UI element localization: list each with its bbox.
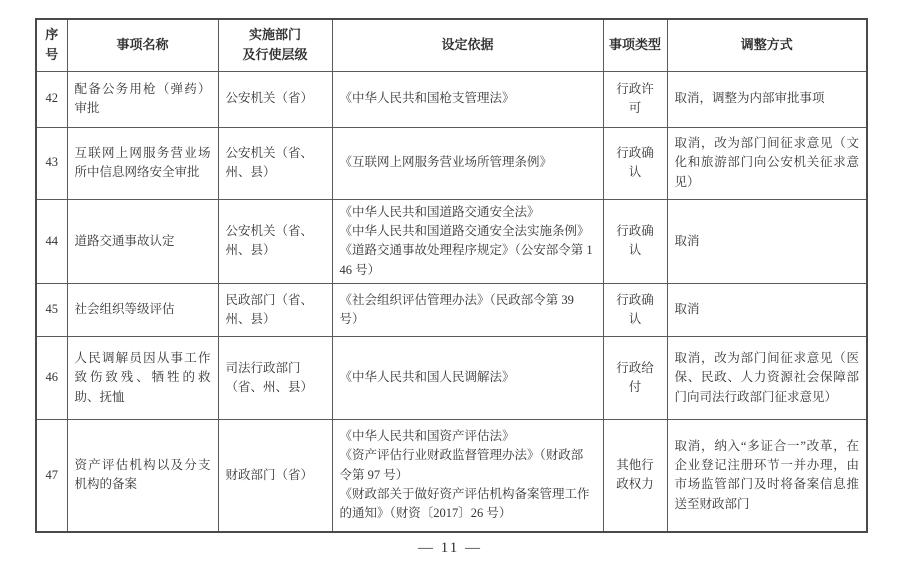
table-row: 44 道路交通事故认定 公安机关（省、州、县） 《中华人民共和国道路交通安全法》…: [36, 199, 867, 284]
col-header-no: 序 号: [36, 19, 67, 71]
cell-item-name: 社会组织等级评估: [67, 284, 218, 337]
col-header-name: 事项名称: [67, 19, 218, 71]
cell-item-name: 互联网上网服务营业场所中信息网络安全审批: [67, 127, 218, 199]
cell-item-type: 行政确认: [603, 199, 667, 284]
cell-item-adjust: 取消，改为部门间征求意见（文化和旅游部门向公安机关征求意见）: [667, 127, 867, 199]
header-row: 序 号 事项名称 实施部门 及行使层级 设定依据 事项类型 调整方式: [36, 19, 867, 71]
cell-item-type: 行政确认: [603, 284, 667, 337]
cell-item-basis: 《社会组织评估管理办法》（民政部令第 39 号）: [332, 284, 603, 337]
basis-line: 《资产评估行业财政监督管理办法》（财政部令第 97 号）: [340, 446, 596, 485]
cell-item-dept: 公安机关（省、州、县）: [218, 199, 332, 284]
cell-item-adjust: 取消，纳入“多证合一”改革，在企业登记注册环节一并办理，由市场监管部门及时将备案…: [667, 420, 867, 532]
page-number: — 11 —: [0, 540, 900, 557]
col-header-dept: 实施部门 及行使层级: [218, 19, 332, 71]
table-row: 42 配备公务用枪（弹药）审批 公安机关（省） 《中华人民共和国枪支管理法》 行…: [36, 71, 867, 127]
table-row: 46 人民调解员因从事工作致伤致残、牺牲的救助、抚恤 司法行政部门（省、州、县）…: [36, 337, 867, 420]
basis-line: 《中华人民共和国资产评估法》: [340, 427, 596, 446]
cell-item-name: 道路交通事故认定: [67, 199, 218, 284]
cell-item-dept: 司法行政部门（省、州、县）: [218, 337, 332, 420]
cell-item-type: 其他行政权力: [603, 420, 667, 532]
table-row: 47 资产评估机构以及分支机构的备案 财政部门（省） 《中华人民共和国资产评估法…: [36, 420, 867, 532]
cell-item-type: 行政确认: [603, 127, 667, 199]
cell-item-basis: 《中华人民共和国枪支管理法》: [332, 71, 603, 127]
cell-item-adjust: 取消，调整为内部审批事项: [667, 71, 867, 127]
cell-item-adjust: 取消: [667, 284, 867, 337]
basis-line: 《中华人民共和国人民调解法》: [340, 368, 596, 387]
cell-item-no: 46: [36, 337, 67, 420]
cell-item-dept: 公安机关（省、州、县）: [218, 127, 332, 199]
cell-item-type: 行政给付: [603, 337, 667, 420]
basis-line: 《中华人民共和国道路交通安全法实施条例》: [340, 222, 596, 241]
col-header-type: 事项类型: [603, 19, 667, 71]
document-page: 序 号 事项名称 实施部门 及行使层级 设定依据 事项类型 调整方式 42 配备…: [0, 0, 900, 573]
cell-item-no: 45: [36, 284, 67, 337]
cell-item-no: 42: [36, 71, 67, 127]
cell-item-no: 43: [36, 127, 67, 199]
cell-item-name: 资产评估机构以及分支机构的备案: [67, 420, 218, 532]
cell-item-basis: 《互联网上网服务营业场所管理条例》: [332, 127, 603, 199]
cell-item-type: 行政许可: [603, 71, 667, 127]
basis-line: 《互联网上网服务营业场所管理条例》: [340, 153, 596, 172]
basis-line: 《财政部关于做好资产评估机构备案管理工作的通知》（财资〔2017〕26 号）: [340, 485, 596, 524]
basis-line: 《中华人民共和国枪支管理法》: [340, 89, 596, 108]
cell-item-name: 人民调解员因从事工作致伤致残、牺牲的救助、抚恤: [67, 337, 218, 420]
table-row: 45 社会组织等级评估 民政部门（省、州、县） 《社会组织评估管理办法》（民政部…: [36, 284, 867, 337]
items-table: 序 号 事项名称 实施部门 及行使层级 设定依据 事项类型 调整方式 42 配备…: [35, 18, 868, 533]
col-header-basis: 设定依据: [332, 19, 603, 71]
table-row: 43 互联网上网服务营业场所中信息网络安全审批 公安机关（省、州、县） 《互联网…: [36, 127, 867, 199]
col-header-adjust: 调整方式: [667, 19, 867, 71]
cell-item-adjust: 取消，改为部门间征求意见（医保、民政、人力资源社会保障部门向司法行政部门征求意见…: [667, 337, 867, 420]
cell-item-basis: 《中华人民共和国资产评估法》 《资产评估行业财政监督管理办法》（财政部令第 97…: [332, 420, 603, 532]
basis-line: 《道路交通事故处理程序规定》（公安部令第 146 号）: [340, 241, 596, 280]
cell-item-dept: 民政部门（省、州、县）: [218, 284, 332, 337]
cell-item-no: 44: [36, 199, 67, 284]
basis-line: 《社会组织评估管理办法》（民政部令第 39 号）: [340, 291, 596, 330]
cell-item-dept: 财政部门（省）: [218, 420, 332, 532]
cell-item-basis: 《中华人民共和国人民调解法》: [332, 337, 603, 420]
cell-item-basis: 《中华人民共和国道路交通安全法》 《中华人民共和国道路交通安全法实施条例》 《道…: [332, 199, 603, 284]
cell-item-no: 47: [36, 420, 67, 532]
cell-item-adjust: 取消: [667, 199, 867, 284]
cell-item-name: 配备公务用枪（弹药）审批: [67, 71, 218, 127]
cell-item-dept: 公安机关（省）: [218, 71, 332, 127]
basis-line: 《中华人民共和国道路交通安全法》: [340, 203, 596, 222]
